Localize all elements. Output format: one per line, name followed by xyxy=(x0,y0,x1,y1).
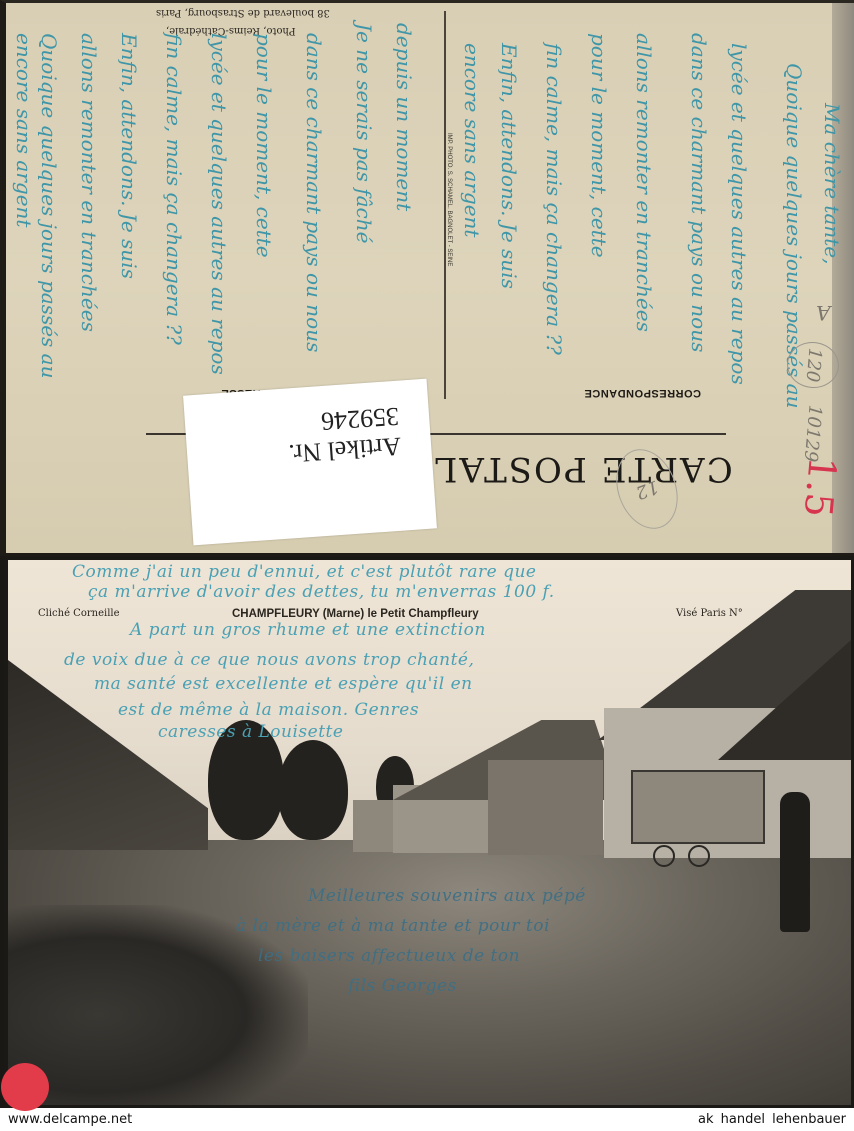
pencil-mark-a: A xyxy=(816,301,830,325)
handwriting-line: dans ce charmant pays ou nous xyxy=(302,33,326,352)
postcard-back: 38 boulevard de Strasbourg, Paris Photo,… xyxy=(0,0,854,556)
handwriting-line: à la mère et à ma tante et pour toi xyxy=(236,916,550,936)
handwriting-line: Meilleures souvenirs aux pépé xyxy=(308,886,586,906)
standing-man xyxy=(780,792,810,932)
censor-mark: Visé Paris N° xyxy=(676,608,743,619)
handwriting-line: Comme j'ai un peu d'ennui, et c'est plut… xyxy=(72,562,537,582)
caravan-wheel xyxy=(653,845,675,867)
photographer-credit: Cliché Corneille xyxy=(38,608,120,619)
publisher-address: 38 boulevard de Strasbourg, Paris xyxy=(156,7,330,18)
article-label: Artikel Nr. 359246 xyxy=(183,379,437,546)
handwriting-line: fin calme, mais ça changera ?? xyxy=(542,43,566,355)
correspondence-header: CORRESPONDANCE xyxy=(584,387,701,399)
place-caption: CHAMPFLEURY (Marne) le Petit Champfleury xyxy=(232,608,479,620)
handwriting-line: est de même à la maison. Genres xyxy=(118,700,419,720)
handwriting-line: Je ne serais pas fâché xyxy=(352,23,376,243)
handwriting-line: lycée et quelques autres au repos xyxy=(207,33,231,375)
handwriting-line: allons remonter en tranchées xyxy=(77,33,101,332)
handwriting-line: de voix due à ce que nous avons trop cha… xyxy=(64,650,474,670)
handwriting-line: pour le moment, cette xyxy=(587,33,611,258)
price-mark: 1.5 xyxy=(796,455,845,519)
handwriting-line: encore sans argent xyxy=(12,33,36,227)
pencil-mark-number: 10129 xyxy=(800,404,826,463)
handwriting-line: allons remonter en tranchées xyxy=(632,33,656,332)
handwriting-line: depuis un moment xyxy=(392,23,416,211)
tree xyxy=(278,740,348,840)
seller-name: ak handel lehenbauer xyxy=(698,1112,846,1127)
footer-bar: www.delcampe.net ak handel lehenbauer xyxy=(0,1111,854,1131)
handwriting-line: ça m'arrive d'avoir des dettes, tu m'env… xyxy=(88,582,555,602)
postcard-front: Cliché Corneille CHAMPFLEURY (Marne) le … xyxy=(0,556,854,1108)
article-number: 359246 xyxy=(320,401,400,436)
caravan xyxy=(631,770,765,844)
handwriting-line: Enfin, attendons. Je suis xyxy=(117,33,141,279)
handwriting-line: les baisers affectueux de ton xyxy=(258,946,520,966)
handwriting-line: caresses à Louisette xyxy=(158,722,343,742)
red-marker-dot xyxy=(1,1063,49,1111)
article-label-title: Artikel Nr. xyxy=(288,431,402,469)
handwriting-line: Ma chère tante, xyxy=(820,103,844,265)
handwriting-line: dans ce charmant pays ou nous xyxy=(687,33,711,352)
handwriting-line: encore sans argent xyxy=(460,43,484,237)
caravan-wheel xyxy=(688,845,710,867)
carte-postale-title: CARTE POSTALE xyxy=(406,449,733,489)
handwriting-line: ma santé est excellente et espère qu'il … xyxy=(94,674,473,694)
handwriting-line: A part un gros rhume et une extinction xyxy=(130,620,486,640)
handwriting-line: Quoique quelques jours passés au xyxy=(37,33,61,378)
barn xyxy=(488,760,603,855)
handwriting-signature: fils Georges xyxy=(348,976,457,996)
site-watermark: www.delcampe.net xyxy=(8,1112,132,1127)
village-street-photo: Cliché Corneille CHAMPFLEURY (Marne) le … xyxy=(8,560,851,1105)
handwriting-line: fin calme, mais ça changera ?? xyxy=(162,33,186,345)
handwriting-line: pour le moment, cette xyxy=(252,33,276,258)
printer-imprint: IMP. PHOTO. S. SCHAMEL. BAGNOLET - SEINE xyxy=(446,133,452,266)
handwriting-line: lycée et quelques autres au repos xyxy=(727,43,751,385)
handwriting-line: Enfin, attendons. Je suis xyxy=(497,43,521,289)
